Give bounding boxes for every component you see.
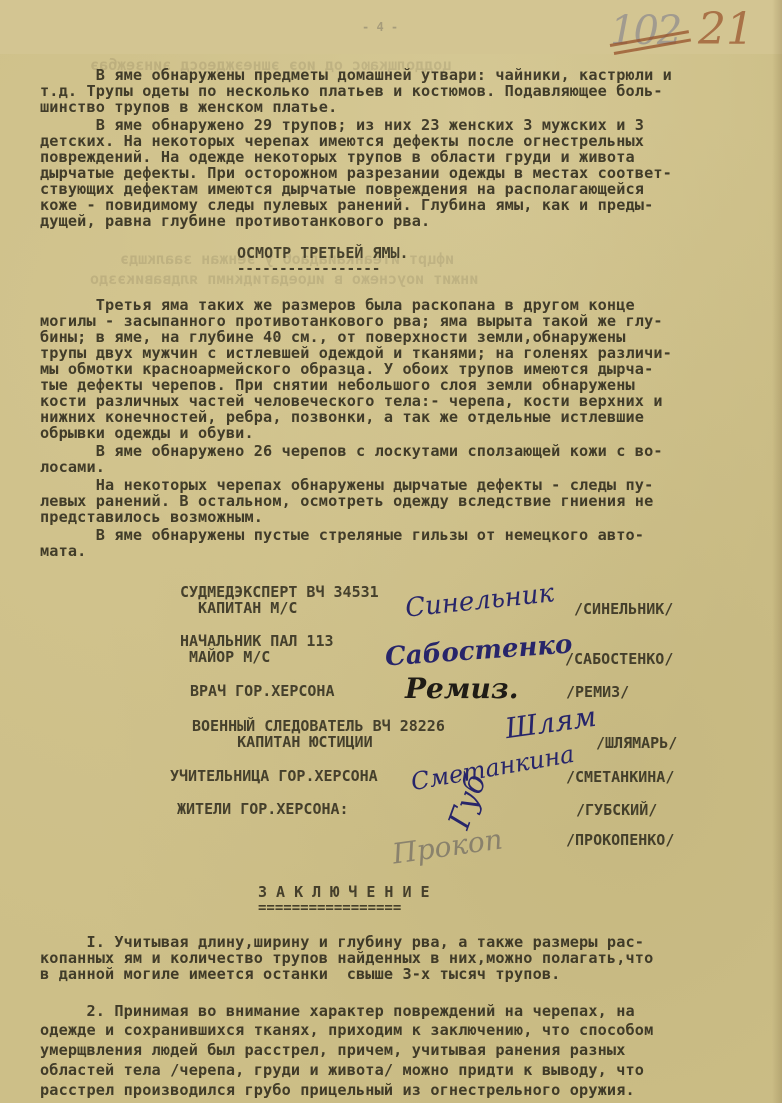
text-line: дырчатые дефекты. При осторожном разреза… bbox=[40, 165, 672, 181]
text-line: 2. Принимая во внимание характер поврежд… bbox=[40, 1003, 635, 1019]
archive-page-number-new: 21 bbox=[698, 4, 754, 55]
text-line: бины; в яме, на глубине 40 см., от повер… bbox=[40, 329, 626, 345]
signatory-title: УЧИТЕЛЬНИЦА ГОР.ХЕРСОНА bbox=[170, 768, 378, 784]
text-line: кости различных частей человеческого тел… bbox=[40, 393, 663, 409]
text-line: расстрел производился грубо прицельный и… bbox=[40, 1082, 635, 1098]
text-line: копанных ям и количество трупов найденны… bbox=[40, 950, 653, 966]
text-line: областей тела /черепа, груди и живота/ м… bbox=[40, 1062, 644, 1078]
heading-underline: ----------------- bbox=[237, 264, 380, 274]
conclusion-heading: З А К Л Ю Ч Е Н И Е bbox=[258, 883, 430, 901]
text-line: ствующих дефектам имеются дырчатые повре… bbox=[40, 181, 644, 197]
signatory-name: /СИНЕЛЬНИК/ bbox=[574, 600, 673, 618]
conclusion-underline: ================= bbox=[258, 903, 401, 913]
handwritten-signature: Ремиз. bbox=[405, 672, 518, 705]
text-line: левых ранений. В остальном, осмотреть од… bbox=[40, 493, 653, 509]
text-line: коже - повидимому следы пулевых ранений.… bbox=[40, 197, 653, 213]
signatory-name: /СМЕТАНКИНА/ bbox=[566, 768, 674, 786]
text-line: тые дефекты черепов. При снятии небольшо… bbox=[40, 377, 635, 393]
text-line: мы обмотки красноармейского образца. У о… bbox=[40, 361, 653, 377]
text-line: одежде и сохранившихся тканях, приходим … bbox=[40, 1022, 653, 1038]
signatory-name: /ШЛЯМАРЬ/ bbox=[596, 734, 677, 752]
signatory-title: ВРАЧ ГОР.ХЕРСОНА bbox=[190, 683, 335, 699]
text-line: лосами. bbox=[40, 459, 105, 475]
text-line: шинство трупов в женском платье. bbox=[40, 99, 337, 115]
text-line: В яме обнаружено 26 черепов с лоскутами … bbox=[40, 443, 663, 459]
section-heading-third-pit: ОСМОТР ТРЕТЬЕЙ ЯМЫ. bbox=[237, 244, 409, 262]
text-line: детских. На некоторых черепах имеются де… bbox=[40, 133, 644, 149]
text-line: представилось возможным. bbox=[40, 509, 263, 525]
signatory-title: СУДМЕДЭКСПЕРТ ВЧ 34531 bbox=[180, 584, 379, 600]
text-line: нижних конечностей, ребра, позвонки, а т… bbox=[40, 409, 644, 425]
signatory-title: НАЧАЛЬНИК ПАЛ 113 bbox=[180, 633, 334, 649]
signatory-title: КАПИТАН М/С bbox=[180, 600, 297, 616]
text-line: умерщвления людей был расстрел, причем, … bbox=[40, 1042, 626, 1058]
text-line: В яме обнаружены пустые стреляные гильзы… bbox=[40, 527, 644, 543]
page-marker: - 4 - bbox=[362, 20, 398, 34]
text-line: мата. bbox=[40, 543, 86, 559]
text-line: обрывки одежды и обуви. bbox=[40, 425, 254, 441]
text-line: В яме обнаружены предметы домашней утвар… bbox=[40, 67, 672, 83]
signatory-name: /ГУБСКИЙ/ bbox=[576, 801, 657, 819]
signatory-title: ЖИТЕЛИ ГОР.ХЕРСОНА: bbox=[177, 801, 349, 817]
text-line: I. Учитывая длину,ширину и глубину рва, … bbox=[40, 934, 644, 950]
text-line: В яме обнаружено 29 трупов; из них 23 же… bbox=[40, 117, 644, 133]
text-line: трупы двух мужчин с истлевшей одеждой и … bbox=[40, 345, 672, 361]
signatory-title: КАПИТАН ЮСТИЦИИ bbox=[192, 734, 373, 750]
text-line: могилы - засыпанного противотанкового рв… bbox=[40, 313, 663, 329]
signatory-name: /ПРОКОПЕНКО/ bbox=[566, 831, 674, 849]
signatory-name: /САБОСТЕНКО/ bbox=[565, 650, 673, 668]
signatory-name: /РЕМИЗ/ bbox=[566, 683, 629, 701]
signatory-title: МАЙОР М/С bbox=[180, 649, 270, 665]
text-line: На некоторых черепах обнаружены дырчатые… bbox=[40, 477, 653, 493]
text-line: т.д. Трупы одеты по несколько платьев и … bbox=[40, 83, 663, 99]
text-line: дущей, равна глубине противотанкового рв… bbox=[40, 213, 430, 229]
text-line: повреждений. На одежде некоторых трупов … bbox=[40, 149, 635, 165]
text-line: Третья яма таких же размеров была раскоп… bbox=[40, 297, 635, 313]
signatory-title: ВОЕННЫЙ СЛЕДОВАТЕЛЬ ВЧ 28226 bbox=[192, 718, 445, 734]
text-line: в данной могиле имеется останки свыше 3-… bbox=[40, 966, 560, 982]
page-edge-shadow bbox=[772, 0, 782, 1103]
